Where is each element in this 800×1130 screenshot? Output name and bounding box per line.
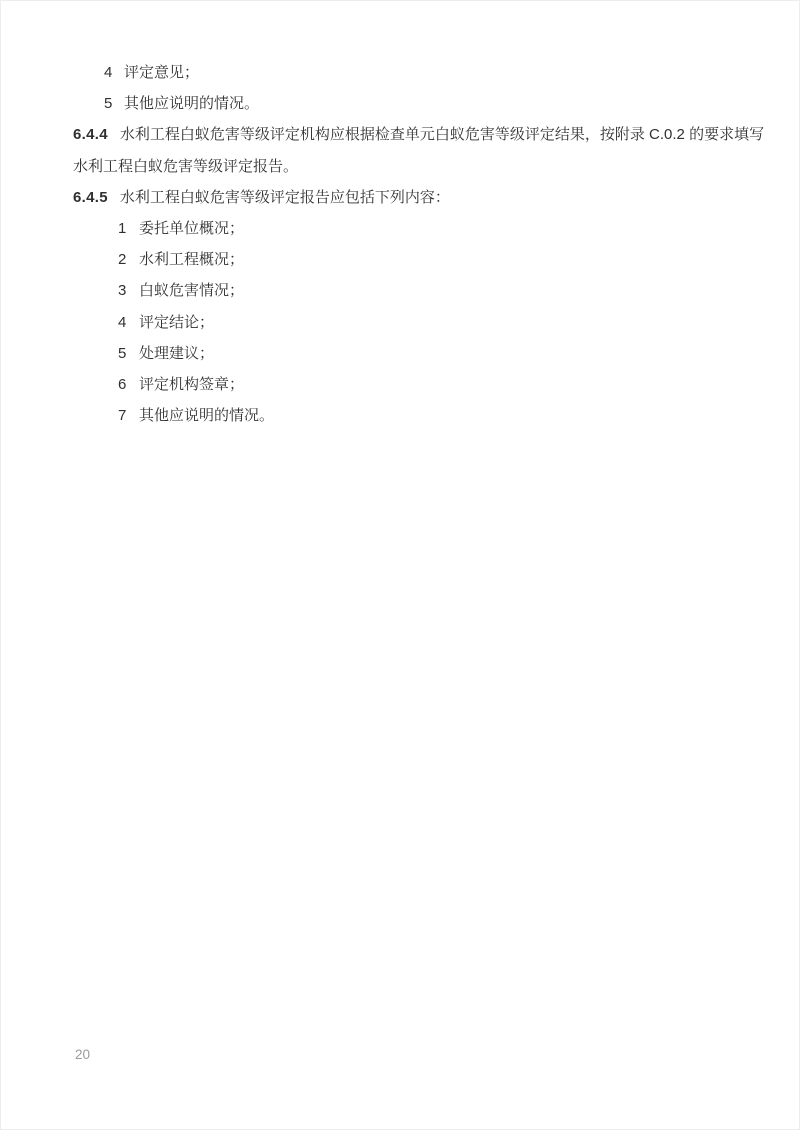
list-item: 6评定机构签章； [73, 369, 727, 400]
page-content: 4评定意见； 5其他应说明的情况。 6.4.4水利工程白蚁危害等级评定机构应根据… [73, 57, 727, 431]
list-item-number: 4 [118, 307, 139, 338]
list-item-text: 委托单位概况； [139, 220, 244, 237]
clause-6-4-4-line1: 6.4.4水利工程白蚁危害等级评定机构应根据检查单元白蚁危害等级评定结果，按附录… [73, 119, 727, 150]
list-item: 7其他应说明的情况。 [73, 400, 727, 431]
clause-text: 水利工程白蚁危害等级评定报告应包括下列内容： [120, 189, 450, 206]
clause-text: 水利工程白蚁危害等级评定报告。 [73, 158, 298, 175]
list-item-text: 水利工程概况； [139, 251, 244, 268]
page-number: 20 [75, 1047, 90, 1063]
list-item: 4评定结论； [73, 307, 727, 338]
list-item-number: 5 [104, 88, 124, 119]
document-page: 4评定意见； 5其他应说明的情况。 6.4.4水利工程白蚁危害等级评定机构应根据… [0, 0, 800, 1130]
list-item-number: 1 [118, 213, 139, 244]
list-item-text: 评定结论； [139, 314, 214, 331]
list-item-text: 处理建议； [139, 345, 214, 362]
clause-6-4-4-line2: 水利工程白蚁危害等级评定报告。 [73, 151, 727, 182]
list-item: 3白蚁危害情况； [73, 275, 727, 306]
list-item: 5其他应说明的情况。 [73, 88, 727, 119]
list-item-number: 7 [118, 400, 139, 431]
list-item: 4评定意见； [73, 57, 727, 88]
list-item-text: 白蚁危害情况； [139, 282, 244, 299]
list-item-number: 6 [118, 369, 139, 400]
list-item-number: 4 [104, 57, 124, 88]
list-item-text: 其他应说明的情况。 [139, 407, 274, 424]
clause-6-4-5: 6.4.5水利工程白蚁危害等级评定报告应包括下列内容： [73, 182, 727, 213]
clause-number: 6.4.5 [73, 189, 108, 206]
list-item-number: 3 [118, 275, 139, 306]
list-item-text: 评定意见； [124, 64, 199, 81]
list-item-number: 2 [118, 244, 139, 275]
list-item-number: 5 [118, 338, 139, 369]
clause-number: 6.4.4 [73, 126, 108, 143]
list-item: 1委托单位概况； [73, 213, 727, 244]
list-item-text: 评定机构签章； [139, 376, 244, 393]
list-item-text: 其他应说明的情况。 [124, 95, 259, 112]
clause-text: 水利工程白蚁危害等级评定机构应根据检查单元白蚁危害等级评定结果，按附录 C.0.… [120, 126, 764, 143]
list-item: 2水利工程概况； [73, 244, 727, 275]
list-item: 5处理建议； [73, 338, 727, 369]
